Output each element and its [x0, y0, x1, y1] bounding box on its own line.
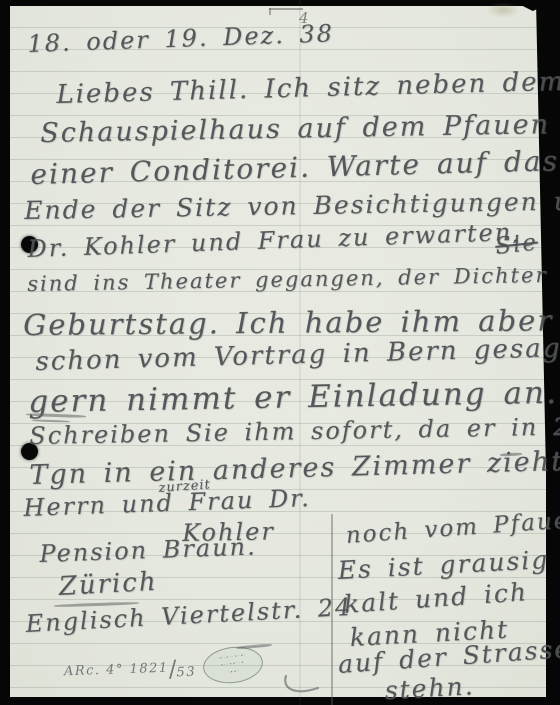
pencil-bracket-mark	[269, 8, 303, 10]
archive-signature-suffix: 53	[176, 665, 196, 681]
stamp-text-line: ·∙∙·	[227, 668, 240, 677]
scanned-letter-page: 4 18. oder 19. Dez. 38 Liebes Thill. Ich…	[0, 0, 560, 705]
pencil-bracket-tick	[269, 8, 271, 15]
closing-line: stehn.	[384, 671, 475, 705]
address-line: Zürich	[58, 567, 158, 602]
struck-word: Sie	[494, 230, 539, 260]
smudge-mark	[486, 2, 520, 18]
archive-signature-number: ARc. 4° 1821	[64, 661, 169, 680]
fold-crease	[331, 514, 333, 705]
pencil-hook-mark	[280, 674, 322, 698]
archive-signature: ARc. 4° 1821/53	[64, 656, 197, 687]
